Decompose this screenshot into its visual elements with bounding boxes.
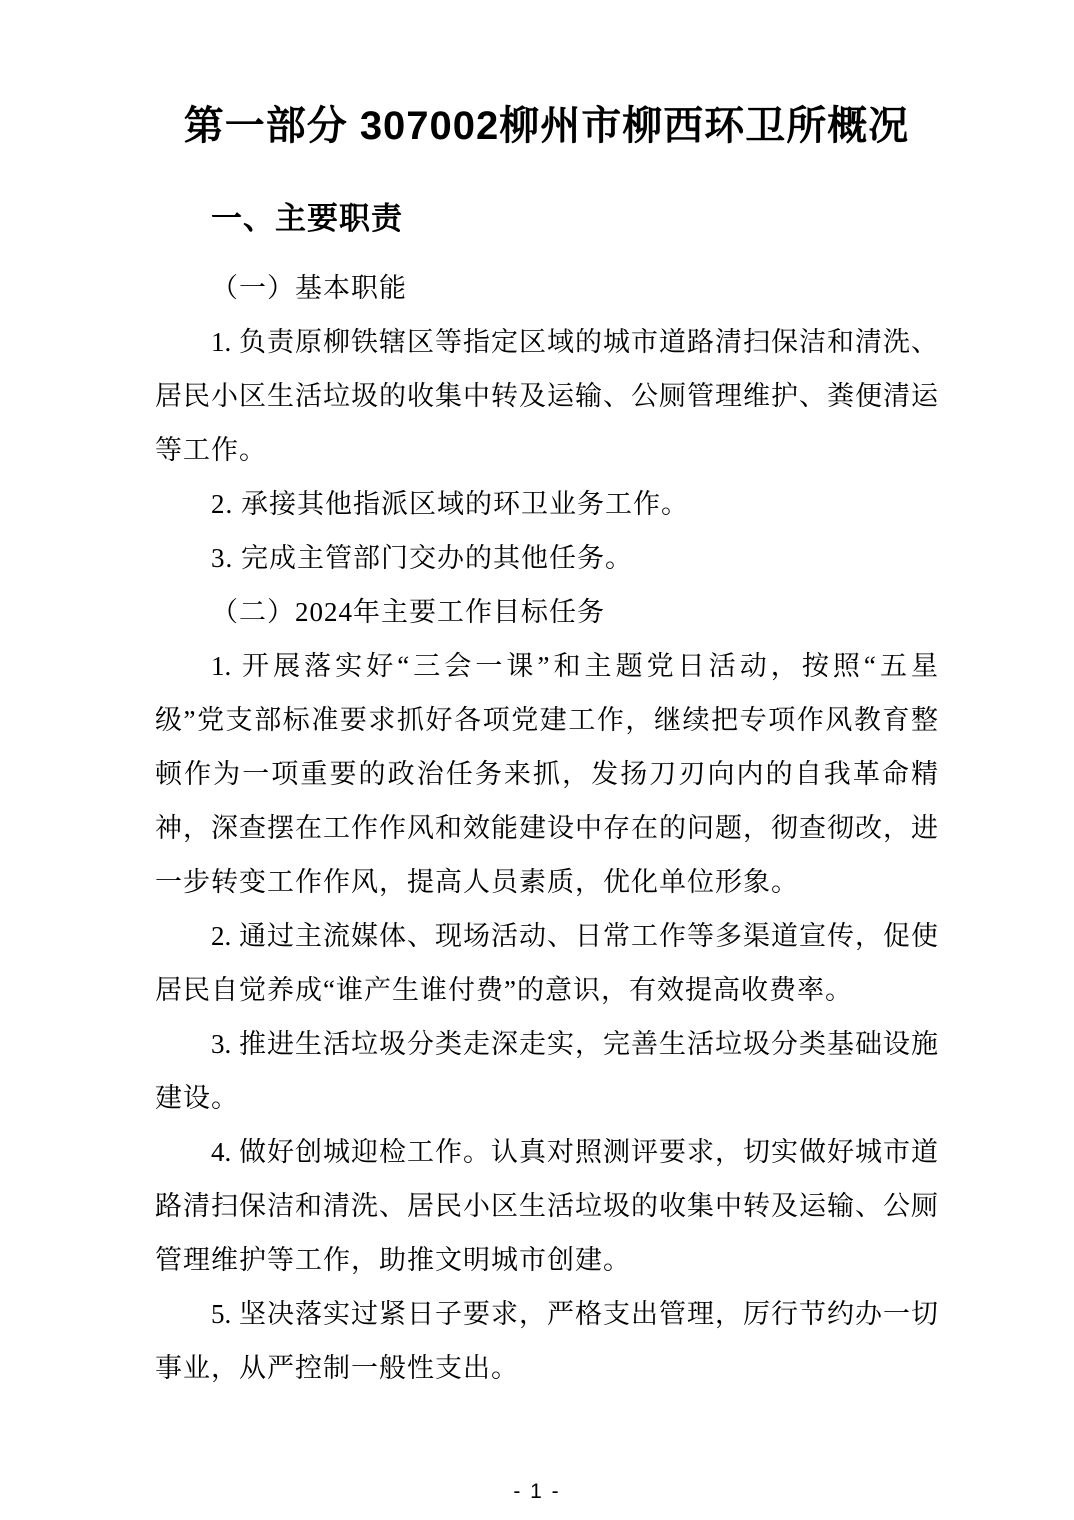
document-content: 第一部分 307002柳州市柳西环卫所概况 一、主要职责 （一）基本职能1. 负… xyxy=(155,0,938,1395)
paragraph: 3. 完成主管部门交办的其他任务。 xyxy=(155,531,938,585)
paragraph: 2. 承接其他指派区域的环卫业务工作。 xyxy=(155,477,938,531)
paragraph-line: 管理维护等工作，助推文明城市创建。 xyxy=(155,1233,938,1287)
paragraph-line: 顿作为一项重要的政治任务来抓，发扬刀刃向内的自我革命精 xyxy=(155,747,938,801)
document-title: 第一部分 307002柳州市柳西环卫所概况 xyxy=(155,0,938,152)
paragraph-line: 2. 承接其他指派区域的环卫业务工作。 xyxy=(155,477,938,531)
paragraph: （二）2024年主要工作目标任务 xyxy=(155,585,938,639)
paragraph: 1. 负责原柳铁辖区等指定区域的城市道路清扫保洁和清洗、居民小区生活垃圾的收集中… xyxy=(155,315,938,477)
paragraph-line: 等工作。 xyxy=(155,423,938,477)
paragraph-line: 居民小区生活垃圾的收集中转及运输、公厕管理维护、粪便清运 xyxy=(155,369,938,423)
paragraph: 4. 做好创城迎检工作。认真对照测评要求，切实做好城市道路清扫保洁和清洗、居民小… xyxy=(155,1125,938,1287)
paragraph-line: 3. 完成主管部门交办的其他任务。 xyxy=(155,531,938,585)
document-body: （一）基本职能1. 负责原柳铁辖区等指定区域的城市道路清扫保洁和清洗、居民小区生… xyxy=(155,261,938,1395)
paragraph-line: （一）基本职能 xyxy=(155,261,938,315)
paragraph-line: 5. 坚决落实过紧日子要求，严格支出管理，厉行节约办一切 xyxy=(155,1287,938,1341)
paragraph: 3. 推进生活垃圾分类走深走实，完善生活垃圾分类基础设施建设。 xyxy=(155,1017,938,1125)
paragraph: 1. 开展落实好“三会一课”和主题党日活动，按照“五星级”党支部标准要求抓好各项… xyxy=(155,639,938,909)
paragraph-line: 3. 推进生活垃圾分类走深走实，完善生活垃圾分类基础设施 xyxy=(155,1017,938,1071)
paragraph-line: 级”党支部标准要求抓好各项党建工作，继续把专项作风教育整 xyxy=(155,693,938,747)
paragraph-line: 建设。 xyxy=(155,1071,938,1125)
paragraph-line: 路清扫保洁和清洗、居民小区生活垃圾的收集中转及运输、公厕 xyxy=(155,1179,938,1233)
page-number: - 1 - xyxy=(0,1481,1074,1502)
paragraph-line: 神，深查摆在工作作风和效能建设中存在的问题，彻查彻改，进 xyxy=(155,801,938,855)
section-heading-main-duties: 一、主要职责 xyxy=(155,198,938,240)
paragraph-line: 1. 开展落实好“三会一课”和主题党日活动，按照“五星 xyxy=(155,639,938,693)
paragraph-line: 4. 做好创城迎检工作。认真对照测评要求，切实做好城市道 xyxy=(155,1125,938,1179)
paragraph-line: 居民自觉养成“谁产生谁付费”的意识，有效提高收费率。 xyxy=(155,963,938,1017)
paragraph-line: 事业，从严控制一般性支出。 xyxy=(155,1341,938,1395)
paragraph-line: 1. 负责原柳铁辖区等指定区域的城市道路清扫保洁和清洗、 xyxy=(155,315,938,369)
paragraph: 5. 坚决落实过紧日子要求，严格支出管理，厉行节约办一切事业，从严控制一般性支出… xyxy=(155,1287,938,1395)
paragraph-line: 一步转变工作作风，提高人员素质，优化单位形象。 xyxy=(155,855,938,909)
paragraph: （一）基本职能 xyxy=(155,261,938,315)
paragraph-line: （二）2024年主要工作目标任务 xyxy=(155,585,938,639)
document-page: 第一部分 307002柳州市柳西环卫所概况 一、主要职责 （一）基本职能1. 负… xyxy=(0,0,1074,1520)
paragraph-line: 2. 通过主流媒体、现场活动、日常工作等多渠道宣传，促使 xyxy=(155,909,938,963)
paragraph: 2. 通过主流媒体、现场活动、日常工作等多渠道宣传，促使居民自觉养成“谁产生谁付… xyxy=(155,909,938,1017)
